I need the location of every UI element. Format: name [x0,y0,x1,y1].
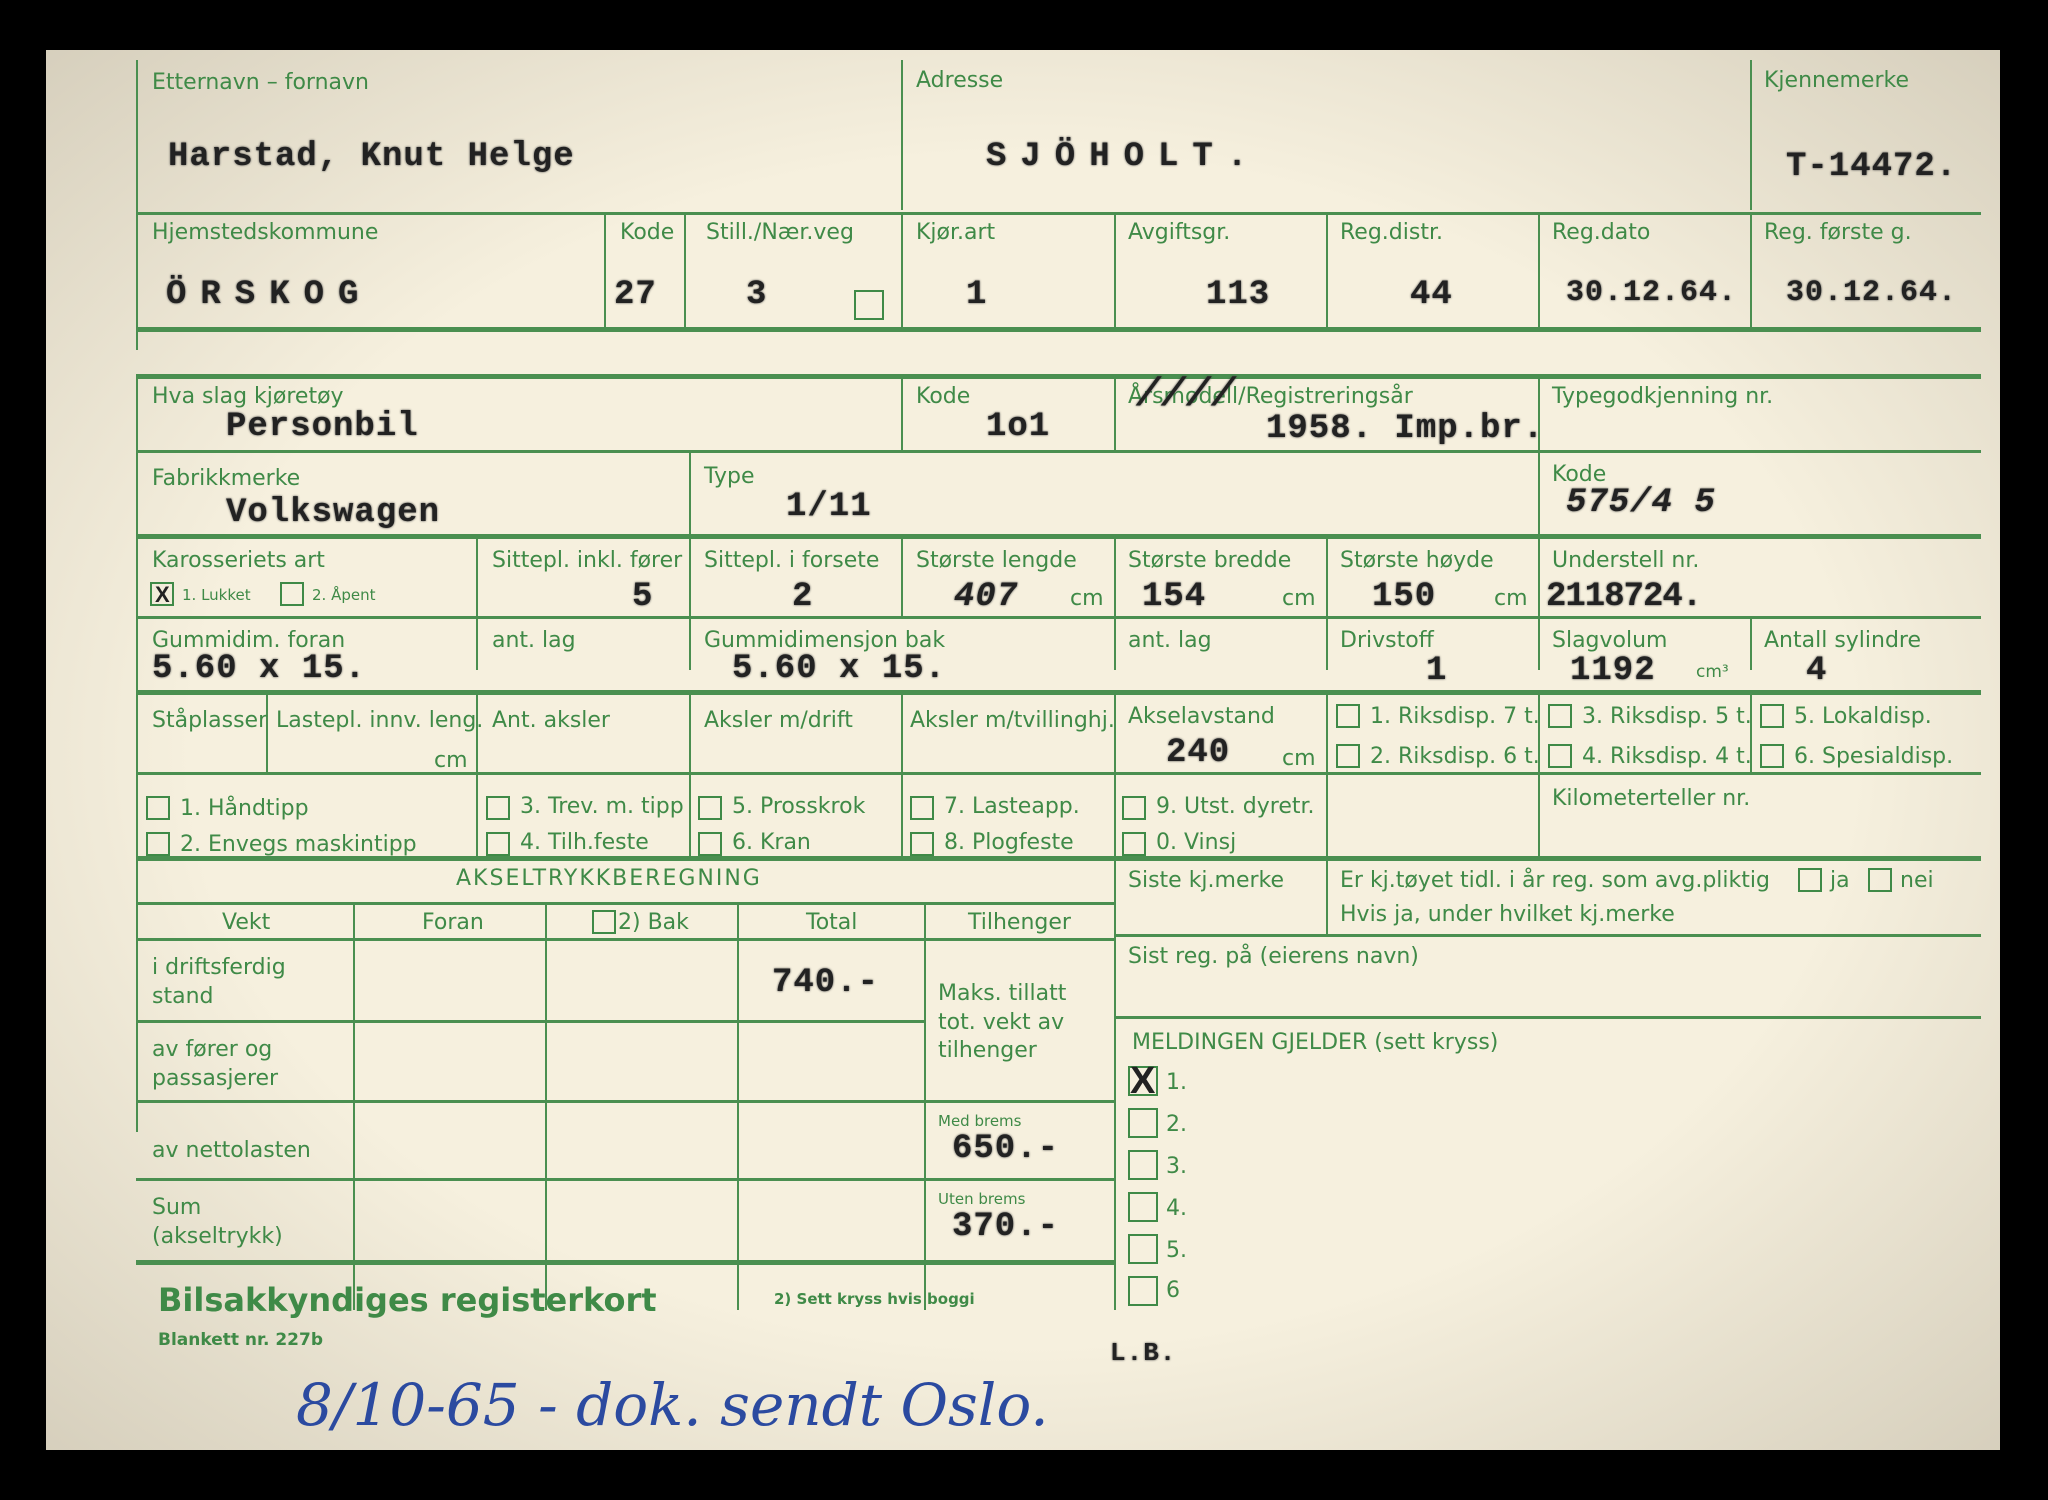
equip-7-label: 7. Lasteapp. [944,796,1080,818]
vehicle-type-label: Hva slag kjøretøy [152,386,344,408]
drive-axles-label: Aksler m/drift [704,710,853,732]
equip-4-checkbox[interactable] [486,832,510,856]
rule [1750,60,1752,210]
cylinders-value: 4 [1806,654,1827,688]
vehicle-kode-label: Kode [916,386,970,408]
equip-3-checkbox[interactable] [486,796,510,820]
rule [476,538,478,670]
rule [737,905,739,1310]
rule [901,215,903,327]
rule [545,905,547,1310]
forsete-value: 2 [792,580,813,614]
rule [604,215,606,327]
disp-2-label: 2. Riksdisp. 6 t. [1370,746,1540,768]
equip-4-label: 4. Tilh.feste [520,832,649,854]
message-1-label: 1. [1166,1072,1187,1094]
with-brake-label: Med brems [938,1114,1021,1129]
axle-count-label: Ant. aksler [492,710,610,732]
equip-6-label: 6. Kran [732,832,811,854]
rule [1538,538,1540,670]
rule [1326,538,1328,670]
trailer-label: Maks. tillatt tot. vekt av tilhenger [938,980,1108,1066]
disp-5-label: 5. Lokaldisp. [1794,706,1932,728]
understell-value: 2118724. [1546,580,1701,614]
rule [1114,538,1116,670]
row-label-2: av fører og passasjerer [152,1036,312,1093]
initials-stamp: L.B. [1110,1340,1176,1366]
disp-4-label: 4. Riksdisp. 4 t. [1582,746,1752,768]
disp-4-checkbox[interactable] [1548,744,1572,768]
rule [1114,1016,1981,1019]
hoyde-value: 150 [1372,580,1436,614]
message-6-checkbox[interactable] [1128,1276,1158,1306]
name-value: Harstad, Knut Helge [168,140,575,174]
equip-8-checkbox[interactable] [910,832,934,856]
kode2-value: 575/4 5 [1566,486,1716,520]
rule [136,1100,924,1103]
rule [1114,215,1116,327]
rule [136,450,1981,453]
equip-2-label: 2. Envegs maskintipp [180,834,417,856]
message-5-checkbox[interactable] [1128,1234,1158,1264]
lukket-checkbox[interactable]: X [150,582,174,606]
rule [136,1020,924,1023]
disp-5-checkbox[interactable] [1760,704,1784,728]
ja-label: ja [1830,870,1850,892]
still-checkbox[interactable] [854,290,884,320]
rule [136,212,1981,215]
rule [901,538,903,618]
col-foran: Foran [422,912,484,934]
check-mark-icon: X [155,582,170,608]
sitte-label: Sittepl. inkl. fører [492,550,682,572]
rule [901,376,903,450]
regforste-label: Reg. første g. [1764,222,1912,244]
message-2-label: 2. [1166,1114,1187,1136]
regdistr-label: Reg.distr. [1340,222,1443,244]
displacement-unit: cm³ [1696,664,1729,681]
equip-0-label: 0. Vinsj [1156,832,1236,854]
rule [1114,860,1116,1310]
displacement-label: Slagvolum [1552,630,1668,652]
lengde-label: Største lengde [916,550,1077,572]
rule [136,1260,1114,1265]
without-brake-value: 370.- [952,1210,1059,1244]
plate-value: T-14472. [1786,150,1957,184]
kode-value: 27 [614,278,657,312]
rule [1114,376,1116,450]
plate-label: Kjennemerke [1764,70,1909,92]
understell-label: Understell nr. [1552,550,1699,572]
disp-3-checkbox[interactable] [1548,704,1572,728]
wheelbase-unit: cm [1282,748,1316,770]
rule [1326,694,1328,858]
model-label: Type [704,466,755,488]
equip-2-checkbox[interactable] [146,832,170,856]
kode2-label: Kode [1552,464,1606,486]
equip-0-checkbox[interactable] [1122,832,1146,856]
tire-front-ply-label: ant. lag [492,630,576,652]
nei-label: nei [1900,870,1934,892]
tire-front-value: 5.60 x 15. [152,652,366,686]
with-brake-value: 650.- [952,1132,1059,1166]
ja-checkbox[interactable] [1798,868,1822,892]
hoyde-unit: cm [1494,588,1528,610]
equip-1-checkbox[interactable] [146,796,170,820]
make-value: Volkswagen [226,496,440,530]
equip-7-checkbox[interactable] [910,796,934,820]
message-2-checkbox[interactable] [1128,1108,1158,1138]
address-value: SJÖHOLT. [986,140,1261,174]
wheelbase-label: Akselavstand [1128,706,1275,728]
displacement-value: 1192 [1570,654,1656,688]
message-4-label: 4. [1166,1198,1187,1220]
rule [1750,215,1752,327]
equip-5-checkbox[interactable] [698,796,722,820]
avgift-label: Avgiftsgr. [1128,222,1230,244]
bredde-label: Største bredde [1128,550,1291,572]
rule [136,772,1981,775]
year-strike: //// [1136,376,1236,416]
rule [924,905,926,1310]
lukket-label: 1. Lukket [182,588,251,603]
rule [136,327,1981,332]
rule [1326,215,1328,327]
cargo-length-unit: cm [434,750,468,772]
axle-calc-title: AKSELTRYKKBEREGNING [456,868,762,890]
still-label: Still./Nær.veg [706,222,854,244]
twin-axles-label: Aksler m/tvillinghj. [910,710,1115,732]
equip-9-label: 9. Utst. dyretr. [1156,796,1315,818]
equip-9-checkbox[interactable] [1122,796,1146,820]
nei-checkbox[interactable] [1868,868,1892,892]
rule [136,1178,1114,1181]
disp-6-label: 6. Spesialdisp. [1794,746,1953,768]
rule [684,215,686,327]
wheelbase-value: 240 [1166,736,1230,770]
rule [689,694,691,858]
bredde-value: 154 [1142,580,1206,614]
fuel-label: Drivstoff [1340,630,1434,652]
typegodk-label: Typegodkjenning nr. [1552,386,1773,408]
register-card: Etternavn – fornavn Harstad, Knut Helge … [46,50,2000,1450]
rule [689,452,691,536]
equip-5-label: 5. Prosskrok [732,796,865,818]
rule [136,938,1114,941]
rule [901,60,903,210]
kode-label: Kode [620,222,674,244]
row-label-4: Sum (akseltrykk) [152,1194,302,1251]
model-value: 1/11 [786,490,872,524]
odometer-label: Kilometerteller nr. [1552,788,1750,810]
vehicle-type-value: Personbil [226,410,419,444]
cargo-length-label: Lastepl. innv. leng. [276,710,483,732]
equip-6-checkbox[interactable] [698,832,722,856]
row-label-1: i driftsferdig stand [152,954,332,1011]
rule [136,690,1981,695]
rule [689,538,691,670]
rule [136,856,1981,861]
lengde-unit: cm [1070,588,1104,610]
lengde-value: 407 [954,580,1018,614]
equip-3-label: 3. Trev. m. tipp [520,796,684,818]
regdato-label: Reg.dato [1552,222,1650,244]
which-plate-label: Hvis ja, under hvilket kj.merke [1340,904,1675,926]
rule [136,902,1114,905]
rule [136,60,138,350]
tire-rear-label: Gummidimensjon bak [704,630,945,652]
rule [901,694,903,858]
rule [924,1100,1114,1103]
forsete-label: Sittepl. i forsete [704,550,879,572]
row-total-1: 740.- [772,966,879,1000]
standing-label: Ståplasser [152,710,267,732]
rule [1538,215,1540,327]
rule [1538,376,1540,536]
footnote: 2) Sett kryss hvis boggi [774,1292,975,1307]
rule [1326,860,1328,934]
previous-reg-label: Er kj.tøyet tidl. i år reg. som avg.plik… [1340,870,1770,892]
equip-8-label: 8. Plogfeste [944,832,1074,854]
rule [136,616,1981,619]
col-total: Total [806,912,857,934]
row-label-3: av nettolasten [152,1140,311,1162]
apent-checkbox[interactable] [280,582,304,606]
disp-1-label: 1. Riksdisp. 7 t. [1370,706,1540,728]
card-title: Bilsakkyndiges registerkort [158,1284,657,1316]
kommune-value: ÖRSKOG [166,278,372,312]
avgift-value: 113 [1206,278,1270,312]
col-vekt: Vekt [222,912,270,934]
rule [1750,616,1752,670]
name-label: Etternavn – fornavn [152,72,369,94]
message-3-label: 3. [1166,1156,1187,1178]
rule [1114,934,1981,937]
vehicle-kode-value: 1o1 [986,410,1050,444]
year-value: 1958. Imp.br. [1266,412,1544,446]
regforste-value: 30.12.64. [1786,278,1957,308]
regdistr-value: 44 [1410,278,1453,312]
apent-label: 2. Åpent [312,588,375,603]
tire-rear-ply-label: ant. lag [1128,630,1212,652]
form-number: Blankett nr. 227b [158,1332,323,1349]
col-bak: 2) Bak [618,912,689,934]
cylinders-label: Antall sylindre [1764,630,1921,652]
rule [266,694,268,774]
kjorart-label: Kjør.art [916,222,995,244]
check-mark-icon: X [1130,1060,1155,1103]
sitte-value: 5 [632,580,653,614]
make-label: Fabrikkmerke [152,468,300,490]
fuel-value: 1 [1426,654,1447,688]
boggi-checkbox[interactable] [592,910,616,934]
regdato-value: 30.12.64. [1566,278,1737,308]
tire-rear-value: 5.60 x 15. [732,652,946,686]
address-label: Adresse [916,70,1003,92]
disp-3-label: 3. Riksdisp. 5 t. [1582,706,1752,728]
col-tilhenger: Tilhenger [968,912,1071,934]
message-6-label: 6 [1166,1280,1180,1302]
rule [353,905,355,1310]
message-4-checkbox[interactable] [1128,1192,1158,1222]
karosseri-label: Karosseriets art [152,550,325,572]
handwritten-note: 8/10-65 - dok. sendt Oslo. [296,1376,1049,1434]
tire-front-label: Gummidim. foran [152,630,345,652]
hoyde-label: Største høyde [1340,550,1494,572]
last-owner-label: Sist reg. på (eierens navn) [1128,946,1419,968]
equip-1-label: 1. Håndtipp [180,798,309,820]
rule [136,374,1981,379]
message-3-checkbox[interactable] [1128,1150,1158,1180]
disp-6-checkbox[interactable] [1760,744,1784,768]
message-5-label: 5. [1166,1240,1187,1262]
last-plate-label: Siste kj.merke [1128,870,1284,892]
bredde-unit: cm [1282,588,1316,610]
message-label: MELDINGEN GJELDER (sett kryss) [1132,1032,1498,1054]
message-1-checkbox[interactable]: X [1128,1066,1158,1096]
kommune-label: Hjemstedskommune [152,222,378,244]
disp-2-checkbox[interactable] [1336,744,1360,768]
disp-1-checkbox[interactable] [1336,704,1360,728]
rule [136,534,1981,539]
without-brake-label: Uten brems [938,1192,1025,1207]
kjorart-value: 1 [966,278,987,312]
still-value: 3 [746,278,767,312]
rule [136,376,138,1132]
